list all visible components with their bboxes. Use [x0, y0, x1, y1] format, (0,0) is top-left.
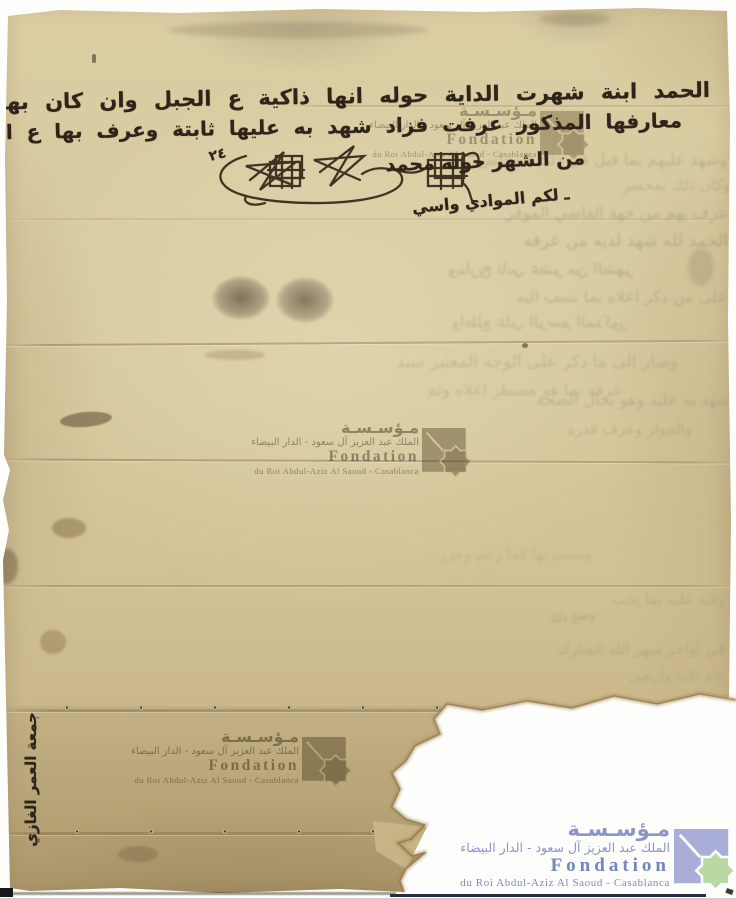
ghost-text: على من ذكر اعلاه بما نسب اليه — [455, 287, 727, 306]
ghost-text: وبتاريخ ثاني عشر من الشهر — [448, 259, 728, 278]
watermark-latin-title: Fondation — [94, 758, 299, 774]
stain — [118, 846, 158, 862]
eight-point-star-icon — [440, 446, 471, 477]
watermark-underline — [390, 894, 706, 897]
bleed-seal — [212, 276, 270, 320]
watermark-arabic-title: مـؤسـسـة — [440, 818, 670, 840]
paper-bottom-shadow — [4, 892, 396, 895]
watermark-arabic-title: مـؤسـسـة — [214, 420, 419, 437]
watermark-latin-subtitle: du Roi Abdul-Aziz Al Saoud - Casablanca — [214, 466, 419, 477]
stitch-holes — [40, 828, 380, 835]
ghost-text: وصار الى ما ذكر على الوجه المعتبر سيد — [178, 352, 678, 372]
ink-speck — [522, 343, 528, 348]
eight-point-star-icon — [696, 851, 735, 890]
ghost-text: ونسب بها كما زعم وحرر — [382, 545, 592, 563]
scan-corner-mark — [0, 888, 13, 897]
stain — [52, 518, 86, 538]
manuscript-scan: وشهد عليهم بما قيل في ذلك المجلس وكان ذل… — [0, 0, 736, 900]
stitch-holes — [30, 704, 710, 711]
ghost-text: واطلع على الرسم المذكور — [452, 312, 727, 331]
ink-speck — [92, 54, 96, 63]
fondation-watermark-bottom-left: مـؤسـسـة الملك عبد العزيز آل سعود - الدا… — [94, 729, 352, 789]
ghost-text: وكان ذلك بمحضر — [560, 176, 730, 194]
fondation-watermark-color: مـؤسـسـة الملك عبد العزيز آل سعود - الدا… — [440, 818, 736, 893]
ghost-text: عام ثلاثة واربعين — [540, 668, 725, 684]
signature-seal — [210, 140, 485, 210]
fondation-watermark-center: مـؤسـسـة الملك عبد العزيز آل سعود - الدا… — [214, 420, 472, 480]
watermark-latin-subtitle: du Roi Abdul-Aziz Al Saoud - Casablanca — [440, 876, 670, 890]
watermark-latin-title: Fondation — [440, 856, 670, 876]
stain — [0, 548, 18, 584]
ghost-text: الحمد لله شهد لديه من عرفه — [450, 231, 728, 251]
margin-note-vertical: جمعة العمر الغازي — [22, 712, 40, 838]
watermark-latin-title: Fondation — [214, 449, 419, 465]
stain — [59, 410, 112, 429]
ghost-text: في اواخر شهر الله المبارك — [425, 640, 725, 658]
stain — [168, 22, 428, 38]
stain — [40, 630, 66, 654]
eight-point-star-icon — [320, 755, 351, 786]
watermark-arabic-subtitle: الملك عبد العزيز آل سعود - الدار البيضاء — [440, 840, 670, 856]
crease-line — [0, 340, 736, 346]
watermark-latin-subtitle: du Roi Abdul-Aziz Al Saoud - Casablanca — [94, 775, 299, 786]
watermark-arabic-title: مـؤسـسـة — [94, 729, 299, 746]
crease-line — [0, 585, 736, 587]
paper-sheet: وشهد عليهم بما قيل في ذلك المجلس وكان ذل… — [0, 0, 736, 900]
foundation-logo-icon — [422, 426, 472, 480]
ghost-text: وصح ذلك — [505, 607, 596, 630]
ghost-text: شهد به عليه وهو بحال الصحة — [448, 390, 730, 409]
ghost-text: وقيد عليه بما يجب — [500, 590, 725, 608]
foundation-logo-icon — [302, 735, 352, 789]
bleed-seal — [276, 277, 334, 323]
stain — [540, 12, 610, 26]
foundation-logo-icon — [674, 827, 736, 893]
